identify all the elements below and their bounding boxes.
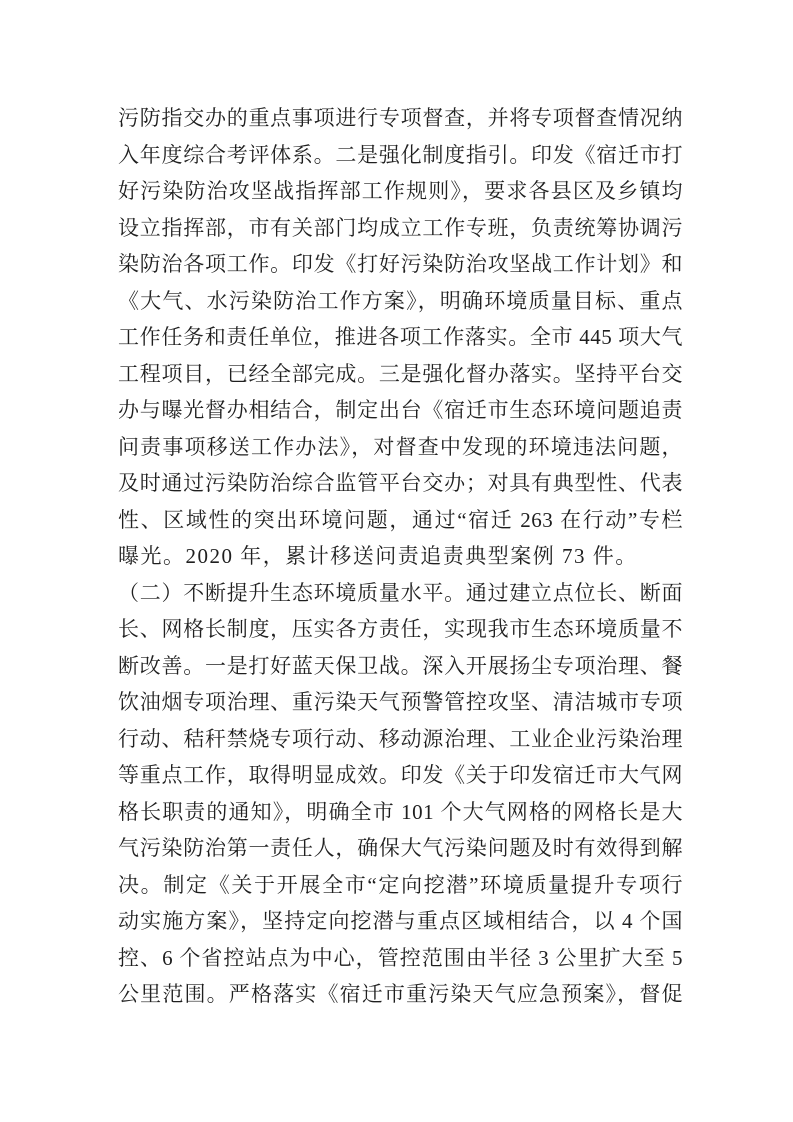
text-line: 问责事项移送工作办法》，对督查中发现的环境违法问题， bbox=[118, 429, 683, 466]
paragraph-section-two: （二）不断提升生态环境质量水平。通过建立点位长、断面长、网格长制度，压实各方责任… bbox=[118, 575, 683, 1013]
text-line: 染防治各项工作。印发《打好污染防治攻坚战工作计划》和 bbox=[118, 246, 683, 283]
text-line: 断改善。一是打好蓝天保卫战。深入开展扬尘专项治理、餐 bbox=[118, 648, 683, 685]
text-line: 《大气、水污染防治工作方案》，明确环境质量目标、重点 bbox=[118, 283, 683, 320]
text-line: 饮油烟专项治理、重污染天气预警管控攻坚、清洁城市专项 bbox=[118, 684, 683, 721]
text-line: 长、网格长制度，压实各方责任，实现我市生态环境质量不 bbox=[118, 611, 683, 648]
text-line: 动实施方案》，坚持定向挖潜与重点区域相结合，以 4 个国 bbox=[118, 903, 683, 940]
text-block: 污防指交办的重点事项进行专项督查，并将专项督查情况纳入年度综合考评体系。二是强化… bbox=[118, 100, 683, 1013]
text-line: 工作任务和责任单位，推进各项工作落实。全市 445 项大气 bbox=[118, 319, 683, 356]
text-line: 工程项目，已经全部完成。三是强化督办落实。坚持平台交 bbox=[118, 356, 683, 393]
text-line: （二）不断提升生态环境质量水平。通过建立点位长、断面 bbox=[118, 575, 683, 612]
text-line: 及时通过污染防治综合监管平台交办；对具有典型性、代表 bbox=[118, 465, 683, 502]
text-line: 入年度综合考评体系。二是强化制度指引。印发《宿迁市打 bbox=[118, 137, 683, 174]
text-line: 办与曝光督办相结合，制定出台《宿迁市生态环境问题追责 bbox=[118, 392, 683, 429]
text-line: 设立指挥部，市有关部门均成立工作专班，负责统筹协调污 bbox=[118, 210, 683, 247]
text-line: 公里范围。严格落实《宿迁市重污染天气应急预案》，督促 bbox=[118, 976, 683, 1013]
text-line: 格长职责的通知》，明确全市 101 个大气网格的网格长是大 bbox=[118, 794, 683, 831]
text-line: 决。制定《关于开展全市“定向挖潜”环境质量提升专项行 bbox=[118, 867, 683, 904]
text-line: 曝光。2020 年，累计移送问责追责典型案例 73 件。 bbox=[118, 538, 683, 575]
text-line: 好污染防治攻坚战指挥部工作规则》，要求各县区及乡镇均 bbox=[118, 173, 683, 210]
text-line: 污防指交办的重点事项进行专项督查，并将专项督查情况纳 bbox=[118, 100, 683, 137]
paragraph-continuation: 污防指交办的重点事项进行专项督查，并将专项督查情况纳入年度综合考评体系。二是强化… bbox=[118, 100, 683, 575]
text-line: 等重点工作，取得明显成效。印发《关于印发宿迁市大气网 bbox=[118, 757, 683, 794]
document-page: 污防指交办的重点事项进行专项督查，并将专项督查情况纳入年度综合考评体系。二是强化… bbox=[0, 0, 793, 1122]
text-line: 性、区域性的突出环境问题，通过“宿迁 263 在行动”专栏 bbox=[118, 502, 683, 539]
text-line: 控、6 个省控站点为中心，管控范围由半径 3 公里扩大至 5 bbox=[118, 940, 683, 977]
text-line: 气污染防治第一责任人，确保大气污染问题及时有效得到解 bbox=[118, 830, 683, 867]
text-line: 行动、秸秆禁烧专项行动、移动源治理、工业企业污染治理 bbox=[118, 721, 683, 758]
